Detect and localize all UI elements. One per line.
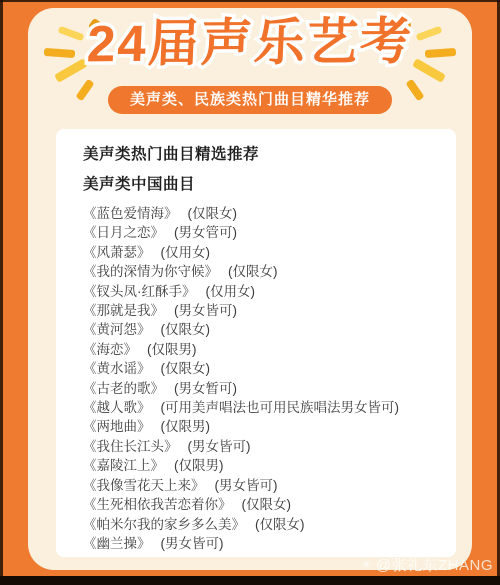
song-title: 《日月之恋》 (83, 225, 164, 240)
song-note: (男女皆可) (174, 303, 237, 318)
song-note: (仅限女) (161, 361, 211, 376)
song-title: 《那就是我》 (83, 303, 164, 318)
song-item: 《我的深情为你守候》(仅限女) (83, 262, 444, 281)
song-title: 《我的深情为你守候》 (83, 264, 218, 279)
section-heading: 美声类热门曲目精选推荐 (83, 145, 444, 165)
song-note: (可用美声唱法也可用民族唱法男女皆可) (161, 400, 400, 415)
song-title: 《越人歌》 (83, 400, 151, 415)
song-title: 《钗头凤·红酥手》 (83, 284, 196, 299)
song-list-panel: 美声类热门曲目精选推荐 美声类中国曲目 《蓝色爱情海》(仅限女) 《日月之恋》(… (56, 129, 456, 557)
song-item: 《那就是我》(男女皆可) (83, 301, 444, 320)
song-item: 《黄河怨》(仅限女) (83, 320, 444, 339)
song-item: 《钗头凤·红酥手》(仅用女) (83, 282, 444, 301)
song-title: 《帕米尔我的家乡多么美》 (83, 517, 245, 532)
song-title: 《幽兰操》 (83, 536, 151, 551)
song-item: 《两地曲》(仅限男) (83, 417, 444, 436)
watermark-logo-icon: ✳ (361, 557, 372, 573)
song-item: 《我住长江头》(男女皆可) (83, 437, 444, 456)
song-item: 《生死相依我苦恋着你》(仅限女) (83, 495, 444, 514)
subtitle-badge: 美声类、民族类热门曲目精华推荐 (108, 86, 392, 114)
song-note: (男女皆可) (215, 478, 278, 493)
song-item: 《蓝色爱情海》(仅限女) (83, 204, 444, 223)
image-edge-bottom (0, 576, 500, 585)
song-note: (仅限男) (161, 419, 211, 434)
song-note: (仅限女) (161, 322, 211, 337)
subsection-heading: 美声类中国曲目 (83, 175, 444, 195)
song-item: 《越人歌》(可用美声唱法也可用民族唱法男女皆可) (83, 398, 444, 417)
song-item: 《嘉陵江上》(仅限男) (83, 456, 444, 475)
song-item: 《我像雪花天上来》(男女皆可) (83, 476, 444, 495)
song-title: 《蓝色爱情海》 (83, 206, 178, 221)
poster-title: 24届声乐艺考 24届声乐艺考 (0, 12, 500, 74)
song-note: (仅限女) (255, 517, 305, 532)
song-note: (仅限女) (242, 497, 292, 512)
song-title: 《我住长江头》 (83, 439, 178, 454)
song-note: (仅用女) (206, 284, 256, 299)
song-item: 《幽兰操》(男女皆可) (83, 534, 444, 553)
song-item: 《帕米尔我的家乡多么美》(仅限女) (83, 515, 444, 534)
song-item: 《日月之恋》(男女管可) (83, 223, 444, 242)
song-item: 《古老的歌》(男女暂可) (83, 379, 444, 398)
song-title: 《风萧瑟》 (83, 245, 151, 260)
author-watermark: ✳ @张礼东ZHANG (361, 554, 493, 575)
song-title: 《生死相依我苦恋着你》 (83, 497, 232, 512)
song-title: 《我像雪花天上来》 (83, 478, 205, 493)
song-item: 《风萧瑟》(仅用女) (83, 243, 444, 262)
song-item: 《黄水谣》(仅限女) (83, 359, 444, 378)
image-edge-top (0, 0, 500, 2)
song-item: 《海恋》(仅限男) (83, 340, 444, 359)
watermark-text: @张礼东ZHANG (376, 554, 493, 575)
song-note: (仅限男) (174, 458, 224, 473)
poster-title-text: 24届声乐艺考 (86, 13, 414, 73)
song-title: 《两地曲》 (83, 419, 151, 434)
song-note: (仅限男) (147, 342, 197, 357)
song-note: (男女管可) (174, 225, 237, 240)
song-title: 《嘉陵江上》 (83, 458, 164, 473)
song-title: 《海恋》 (83, 342, 137, 357)
song-note: (男女皆可) (188, 439, 251, 454)
song-title: 《古老的歌》 (83, 381, 164, 396)
image-edge-left (0, 0, 3, 585)
song-title: 《黄河怨》 (83, 322, 151, 337)
song-note: (男女暂可) (174, 381, 237, 396)
song-note: (仅限女) (188, 206, 238, 221)
song-note: (男女皆可) (161, 536, 224, 551)
song-note: (仅用女) (161, 245, 211, 260)
song-title: 《黄水谣》 (83, 361, 151, 376)
song-note: (仅限女) (228, 264, 278, 279)
